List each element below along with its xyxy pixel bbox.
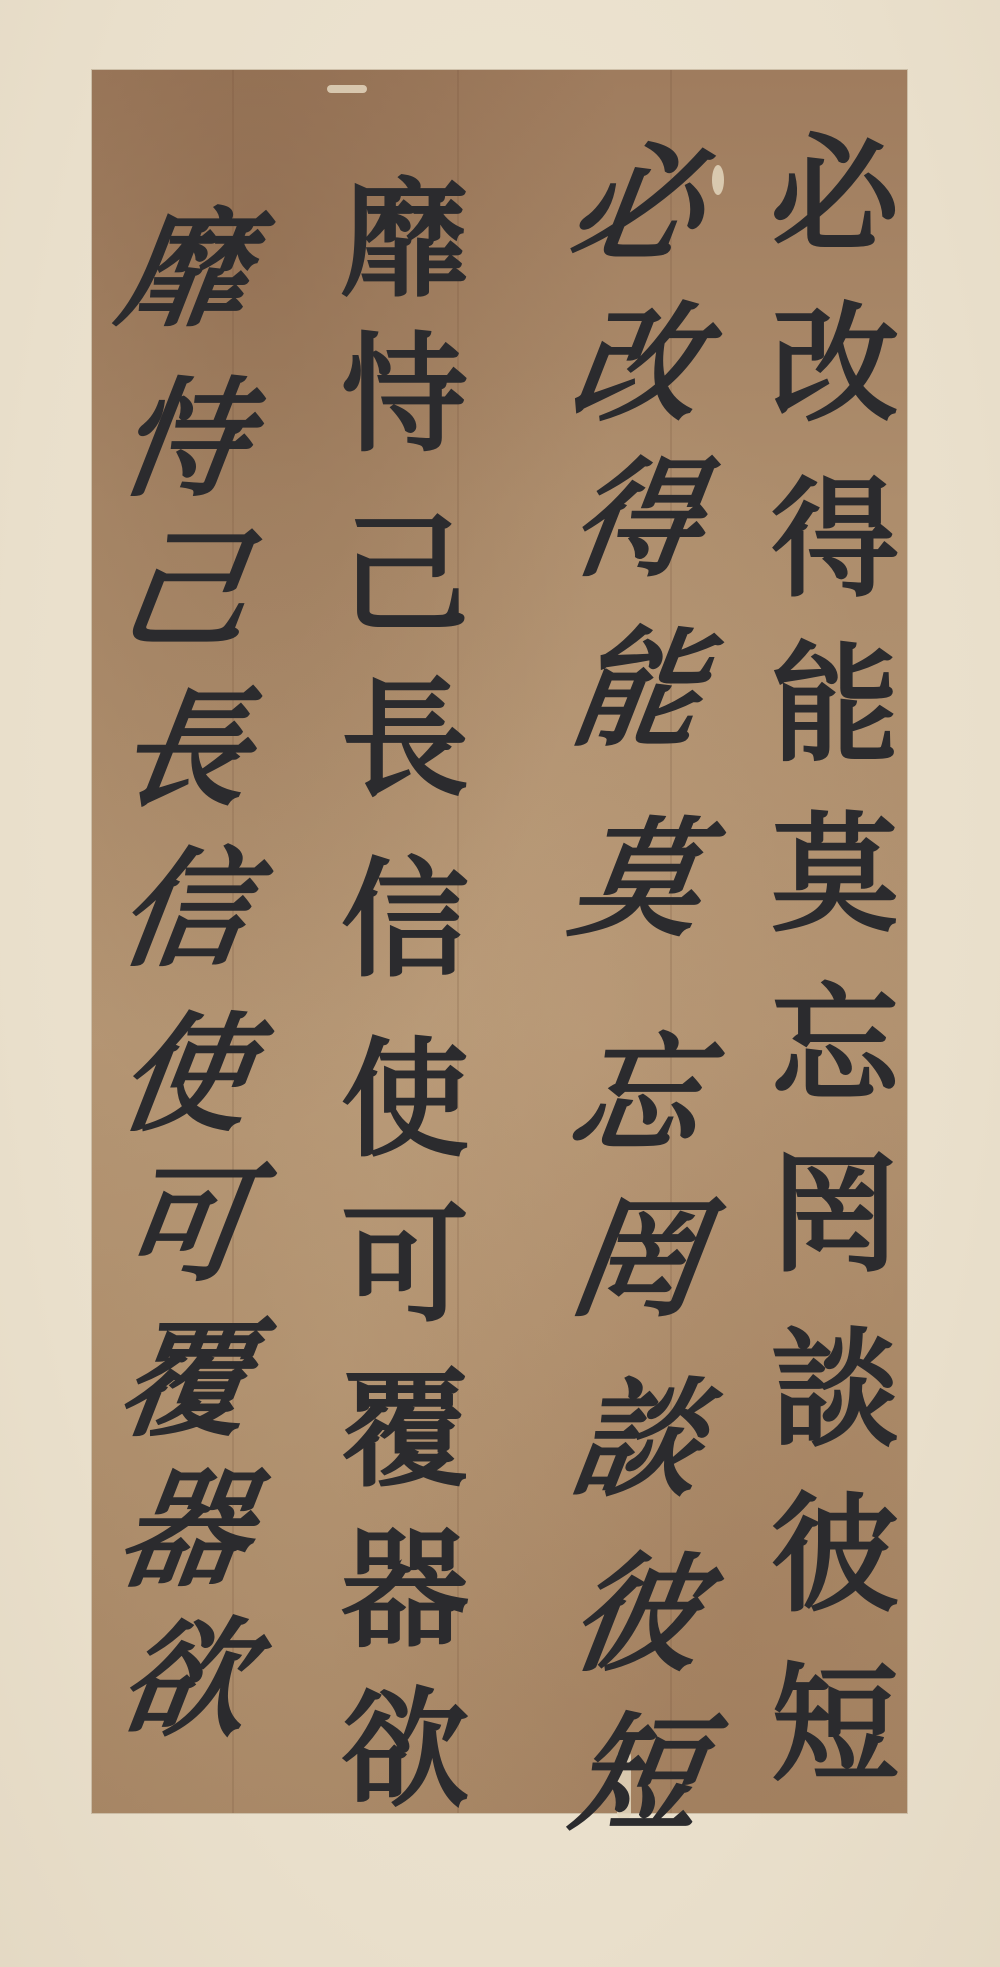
character: 長 <box>320 660 490 820</box>
character: 恃 <box>320 315 490 475</box>
character: 短 <box>541 1695 733 1855</box>
character: 罔 <box>750 1135 920 1295</box>
character: 欲 <box>320 1670 490 1830</box>
character: 使 <box>320 1020 490 1180</box>
character: 彼 <box>541 1535 733 1695</box>
character: 莫 <box>541 800 733 960</box>
character: 必 <box>750 115 920 275</box>
character: 覆 <box>320 1350 490 1510</box>
character: 信 <box>320 840 490 1000</box>
character: 使 <box>89 995 281 1155</box>
character: 靡 <box>320 160 490 320</box>
column-3-regular: 靡 恃 己 長 信 使 可 覆 器 欲 <box>320 70 490 1813</box>
character: 可 <box>320 1185 490 1345</box>
character: 器 <box>89 1450 281 1610</box>
character: 忘 <box>750 965 920 1125</box>
character: 罔 <box>541 1180 733 1340</box>
character: 能 <box>541 610 733 770</box>
character: 得 <box>541 440 733 600</box>
character: 彼 <box>750 1475 920 1635</box>
column-1-regular: 必 改 得 能 莫 忘 罔 談 彼 短 <box>750 70 920 1813</box>
character: 覆 <box>89 1300 281 1460</box>
character: 器 <box>320 1510 490 1670</box>
character: 改 <box>541 285 733 445</box>
character: 靡 <box>89 190 281 350</box>
character: 長 <box>89 670 281 830</box>
character: 談 <box>541 1360 733 1520</box>
character: 得 <box>750 460 920 620</box>
character: 必 <box>541 125 733 285</box>
calligraphy-panel: 必 改 得 能 莫 忘 罔 談 彼 短 必 改 得 能 莫 忘 罔 談 彼 短 … <box>92 70 907 1813</box>
column-2-cursive: 必 改 得 能 莫 忘 罔 談 彼 短 <box>552 70 722 1813</box>
character: 改 <box>750 285 920 445</box>
column-4-cursive: 靡 恃 己 長 信 使 可 覆 器 欲 <box>100 70 270 1813</box>
character: 己 <box>89 510 281 670</box>
character: 欲 <box>89 1600 281 1760</box>
character: 恃 <box>89 360 281 520</box>
character: 能 <box>750 625 920 785</box>
character: 短 <box>750 1645 920 1805</box>
character: 莫 <box>750 795 920 955</box>
character: 談 <box>750 1310 920 1470</box>
character: 忘 <box>541 1015 733 1175</box>
character: 可 <box>89 1145 281 1305</box>
character: 信 <box>89 830 281 990</box>
character: 己 <box>320 495 490 655</box>
